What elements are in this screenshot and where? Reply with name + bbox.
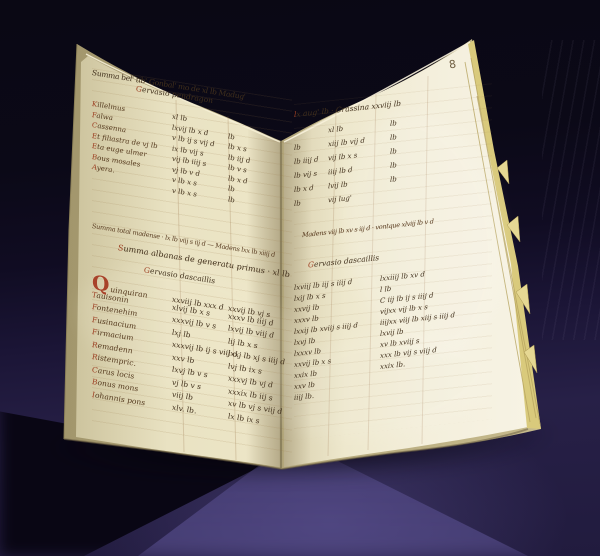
left-main-list: Quinquiran xxviij lb xxx d xxvij lb vj s…	[92, 277, 292, 434]
right-top-list: xl lb lb lb xiij lb vij d lb lb iiij d v…	[294, 109, 492, 214]
left-page-content: Summa bel' tib' Gonbal' mo de xl lb Madu…	[92, 68, 292, 454]
right-summary-line: Madens viij lb xv s iij d · vontque xlvi…	[302, 211, 492, 239]
entry-amount: xl lb	[328, 120, 390, 135]
right-main-list: lxviij lb iij s iiij d lxxiiij lb xv d l…	[294, 263, 492, 405]
left-top-list: Killelmus xl lb Falwa lxvij lb x d lb Ca…	[92, 100, 292, 216]
display-case-scene: Summa bel' tib' Gonbal' mo de xl lb Madu…	[0, 0, 600, 556]
right-page-content: lx aug' lb · Crassina xxviij lb xl lb lb…	[294, 83, 492, 440]
entry-amount	[294, 132, 328, 136]
